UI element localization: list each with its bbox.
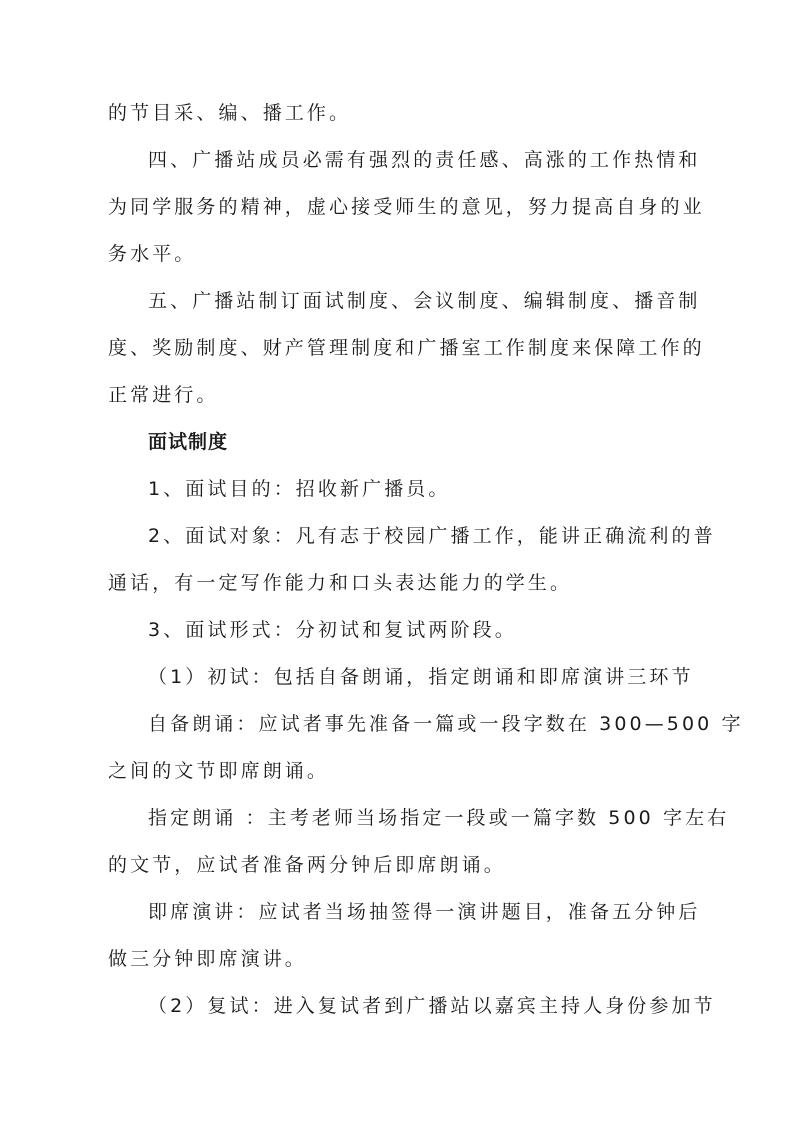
text-line: 自备朗诵：应试者事先准备一篇或一段字数在 300—500 字 (108, 701, 688, 748)
text-line: 指定朗诵 ：主考老师当场指定一段或一篇字数 500 字左右 (108, 795, 688, 842)
text-line: （2）复试：进入复试者到广播站以嘉宾主持人身份参加节 (108, 983, 688, 1030)
text-line: 的节目采、编、播工作。 (108, 90, 688, 137)
text-line: （1）初试：包括自备朗诵，指定朗诵和即席演讲三环节 (108, 654, 688, 701)
text-line: 度、奖励制度、财产管理制度和广播室工作制度来保障工作的 (108, 325, 688, 372)
text-line: 做三分钟即席演讲。 (108, 936, 688, 983)
text-line: 的文节，应试者准备两分钟后即席朗诵。 (108, 842, 688, 889)
text-line: 3、面试形式：分初试和复试两阶段。 (108, 607, 688, 654)
text-line: 2、面试对象：凡有志于校园广播工作，能讲正确流利的普 (108, 513, 688, 560)
text-line: 1、面试目的：招收新广播员。 (108, 466, 688, 513)
text-line: 之间的文节即席朗诵。 (108, 748, 688, 795)
text-line: 正常进行。 (108, 372, 688, 419)
text-line: 通话，有一定写作能力和口头表达能力的学生。 (108, 560, 688, 607)
text-line: 五、广播站制订面试制度、会议制度、编辑制度、播音制 (108, 278, 688, 325)
document-page: 的节目采、编、播工作。 四、广播站成员必需有强烈的责任感、高涨的工作热情和 为同… (108, 90, 688, 1030)
text-line: 务水平。 (108, 231, 688, 278)
section-heading: 面试制度 (108, 419, 688, 466)
text-line: 为同学服务的精神，虚心接受师生的意见，努力提高自身的业 (108, 184, 688, 231)
text-line: 四、广播站成员必需有强烈的责任感、高涨的工作热情和 (108, 137, 688, 184)
text-line: 即席演讲：应试者当场抽签得一演讲题目，准备五分钟后 (108, 889, 688, 936)
